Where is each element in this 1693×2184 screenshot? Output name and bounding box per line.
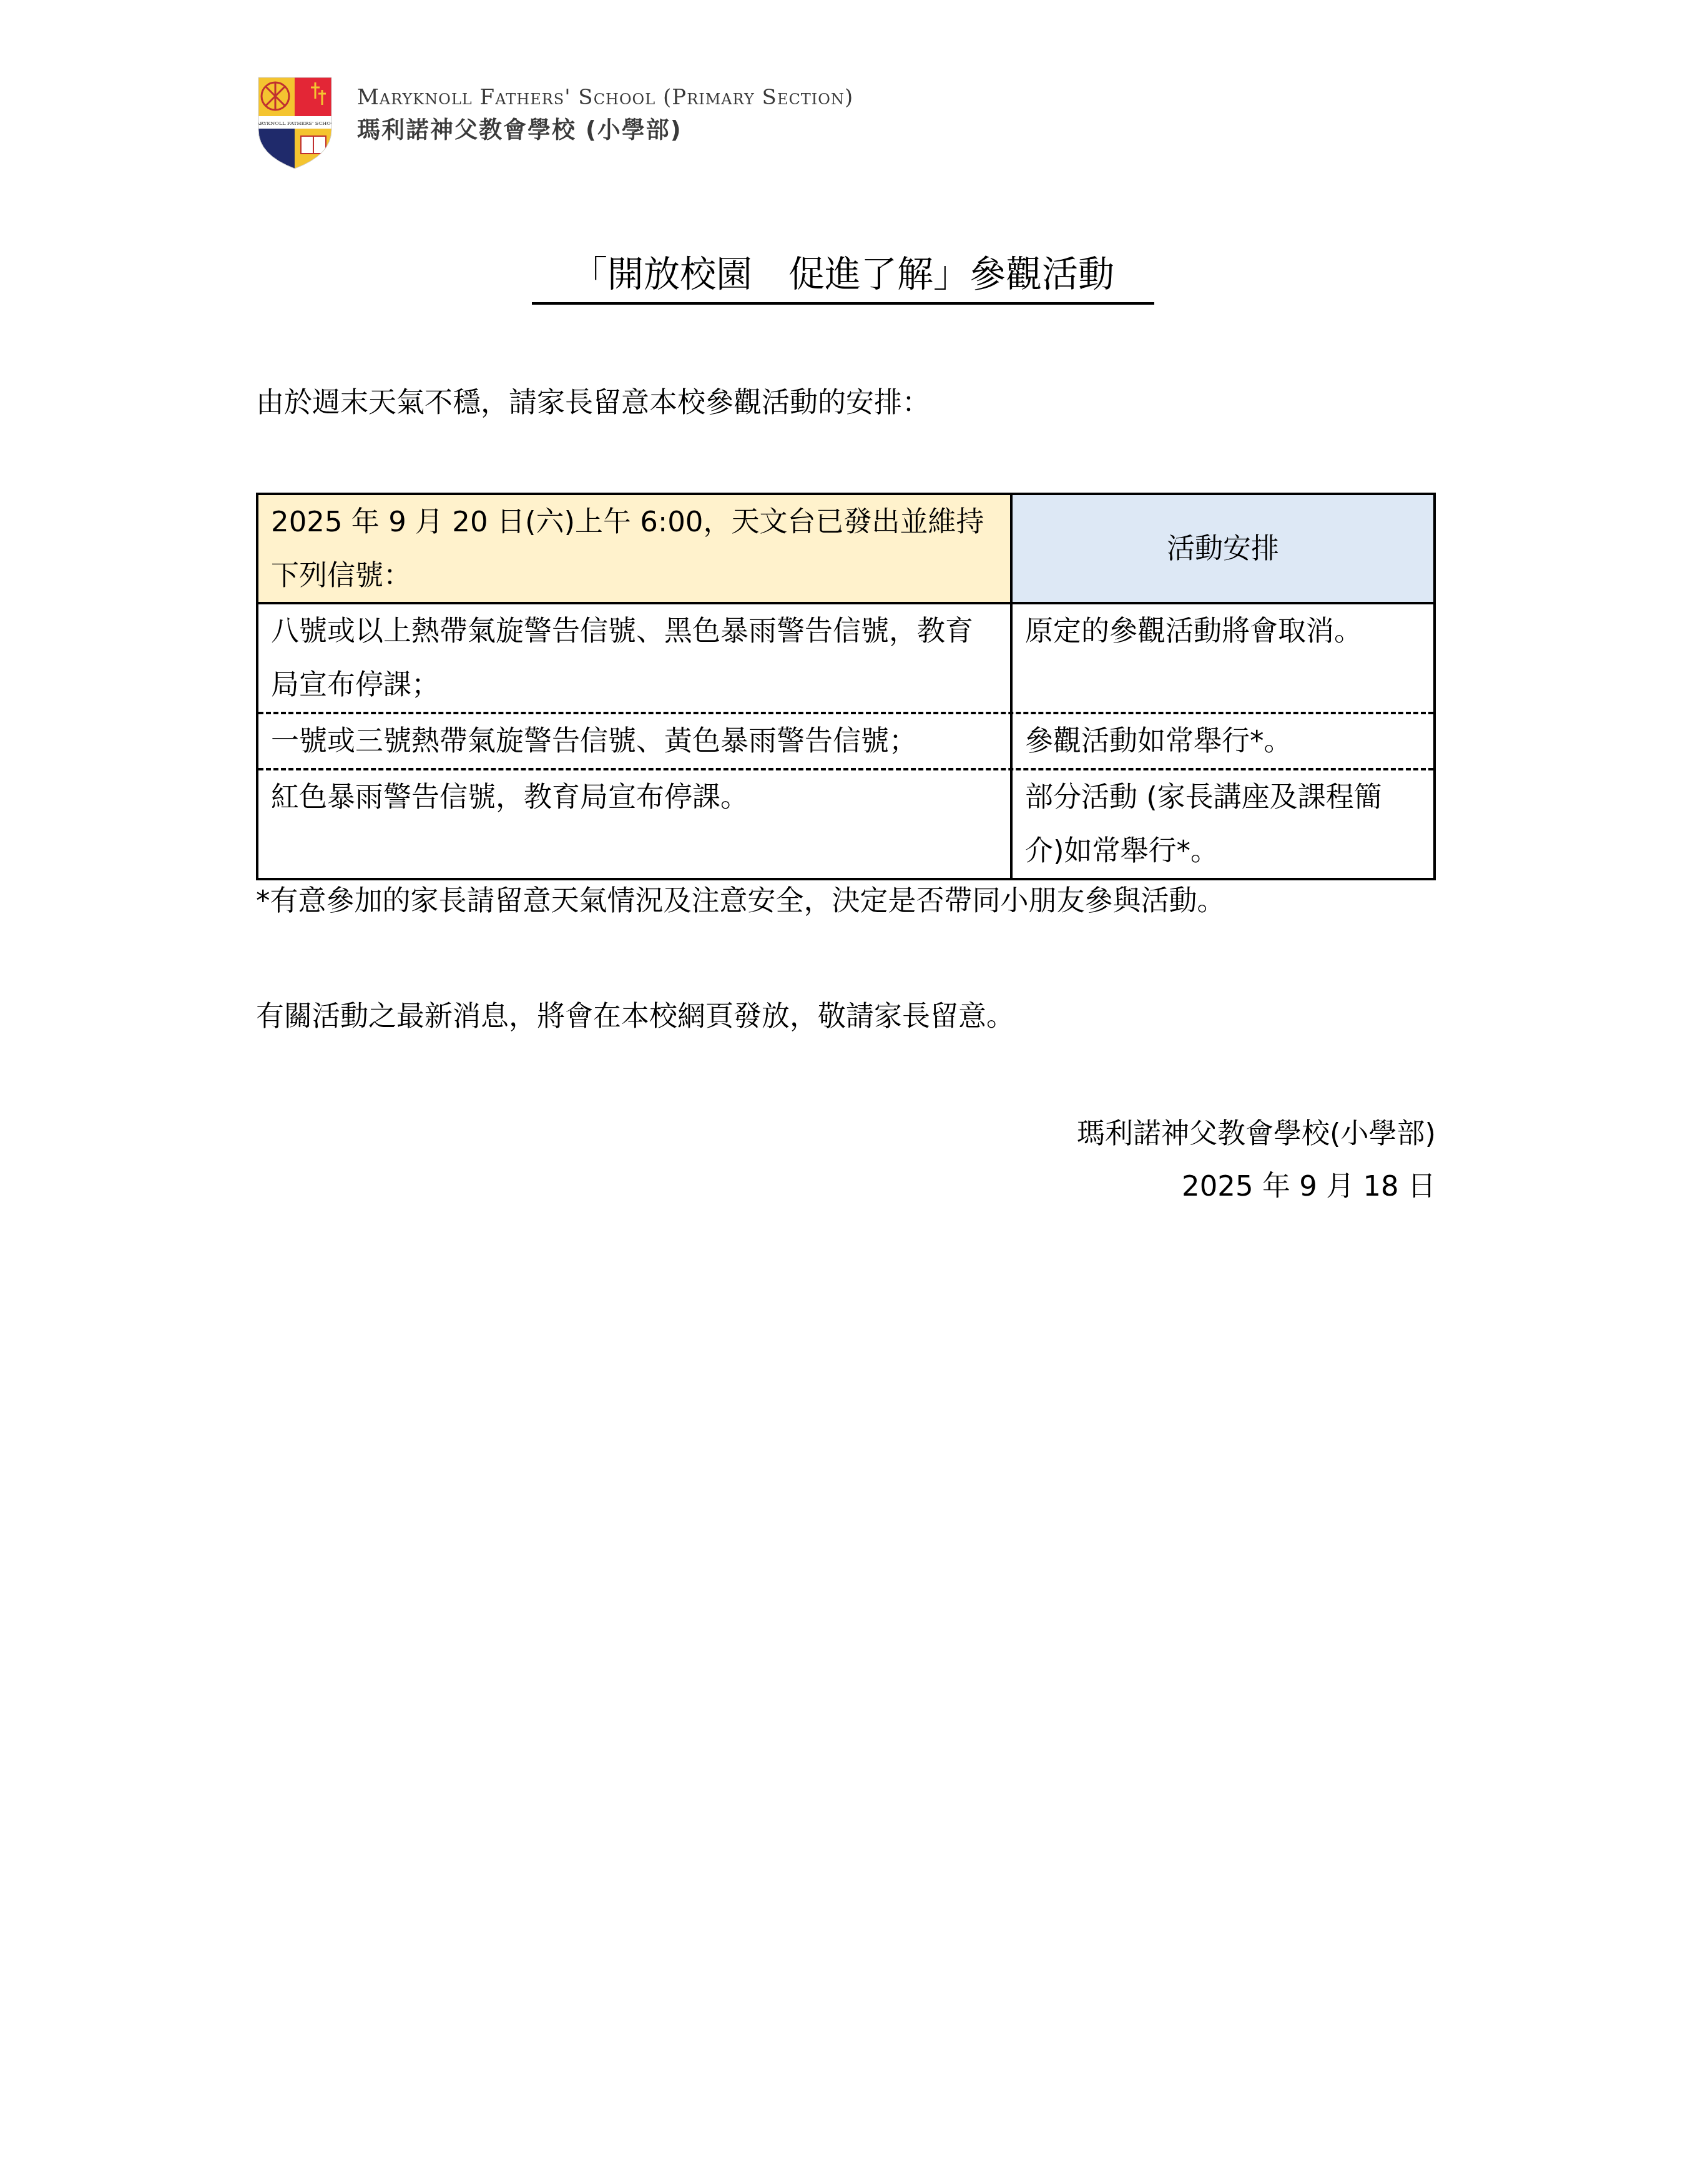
arrangement-cell: 參觀活動如常舉行*。 (1013, 714, 1433, 768)
header-arrangement-label: 活動安排 (1167, 522, 1279, 576)
document-title: 「開放校園 促進了解」參觀活動 (531, 250, 1155, 298)
news-notice: 有關活動之最新消息，將會在本校網頁發放，敬請家長留意。 (256, 998, 1014, 1035)
table-row: 八號或以上熱帶氣旋警告信號、黑色暴雨警告信號，教育局宣布停課； 原定的參觀活動將… (258, 604, 1433, 714)
condition-cell: 八號或以上熱帶氣旋警告信號、黑色暴雨警告信號，教育局宣布停課； (258, 604, 1013, 712)
condition-cell: 一號或三號熱帶氣旋警告信號、黃色暴雨警告信號； (258, 714, 1013, 768)
header-arrangement-cell: 活動安排 (1013, 495, 1433, 602)
school-name-zh: 瑪利諾神父教會學校 (小學部) (357, 111, 682, 145)
signature-name: 瑪利諾神父教會學校(小學部) (1077, 1115, 1436, 1153)
table-row: 紅色暴雨警告信號，教育局宣布停課。 部分活動 (家長講座及課程簡介)如常舉行*。 (258, 770, 1433, 878)
table-header-row: 2025 年 9 月 20 日(六)上午 6:00，天文台已發出並維持下列信號：… (258, 495, 1433, 604)
school-name-en: Maryknoll Fathers' School (Primary Secti… (357, 85, 853, 110)
condition-cell: 紅色暴雨警告信號，教育局宣布停課。 (258, 770, 1013, 878)
arrangement-cell: 部分活動 (家長講座及課程簡介)如常舉行*。 (1013, 770, 1433, 878)
arrangement-cell: 原定的參觀活動將會取消。 (1013, 604, 1433, 712)
signature-date: 2025 年 9 月 18 日 (1182, 1168, 1436, 1205)
header-condition-cell: 2025 年 9 月 20 日(六)上午 6:00，天文台已發出並維持下列信號： (258, 495, 1013, 602)
school-crest-icon: MARYKNOLL FATHERS' SCHOOL (256, 74, 334, 170)
table-row: 一號或三號熱帶氣旋警告信號、黃色暴雨警告信號； 參觀活動如常舉行*。 (258, 714, 1433, 770)
footnote: *有意參加的家長請留意天氣情況及注意安全，決定是否帶同小朋友參與活動。 (256, 882, 1225, 920)
svg-text:MARYKNOLL FATHERS' SCHOOL: MARYKNOLL FATHERS' SCHOOL (256, 121, 334, 126)
intro-paragraph: 由於週末天氣不穩，請家長留意本校參觀活動的安排： (256, 384, 930, 421)
title-underline (532, 302, 1154, 305)
weather-arrangement-table: 2025 年 9 月 20 日(六)上午 6:00，天文台已發出並維持下列信號：… (256, 493, 1436, 880)
